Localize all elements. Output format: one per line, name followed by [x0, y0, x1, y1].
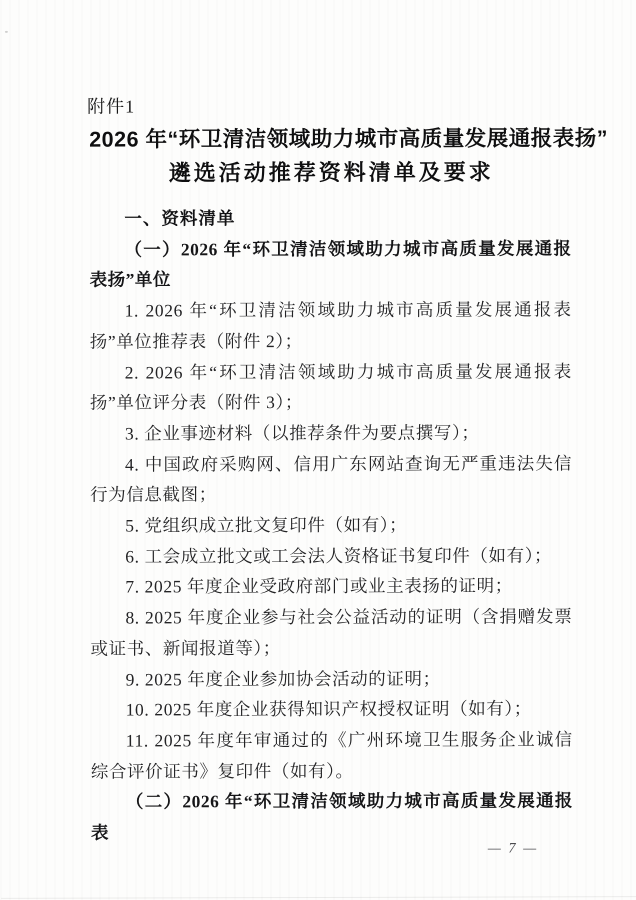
list-item-11: 11. 2025 年度年审通过的《广州环境卫生服务企业诚信综合评价证书》复印件（… — [91, 724, 573, 787]
list-item-7: 7. 2025 年度企业受政府部门或业主表扬的证明； — [90, 571, 572, 603]
list-item-4: 4. 中国政府采购网、信用广东网站查询无严重违法失信行为信息截图； — [90, 448, 572, 511]
document-title: 2026 年“环卫清洁领域助力城市高质量发展通报表扬” 遴选活动推荐资料清单及要… — [89, 121, 573, 190]
scan-speckle — [5, 31, 8, 33]
section-heading-materials-list: 一、资料清单 — [89, 202, 571, 234]
list-item-9: 9. 2025 年度企业参加协会活动的证明； — [91, 663, 573, 695]
list-item-10: 10. 2025 年度企业获得知识产权授权证明（如有）； — [91, 694, 573, 726]
list-item-6: 6. 工会成立批文或工会法人资格证书复印件（如有）； — [90, 540, 572, 572]
scanned-document: 附件1 2026 年“环卫清洁领域助力城市高质量发展通报表扬” 遴选活动推荐资料… — [0, 0, 636, 900]
list-item-3: 3. 企业事迹材料（以推荐条件为要点撰写）； — [90, 417, 572, 449]
document-body: 一、资料清单 （一）2026 年“环卫清洁领域助力城市高质量发展通报表扬”单位 … — [89, 202, 573, 848]
list-item-8: 8. 2025 年度企业参与社会公益活动的证明（含捐赠发票或证书、新闻报道等）； — [90, 601, 572, 664]
subsection-1-heading: （一）2026 年“环卫清洁领域助力城市高质量发展通报表扬”单位 — [89, 233, 571, 296]
page-number: — 7 — — [453, 840, 573, 857]
document-title-line2: 遴选活动推荐资料清单及要求 — [89, 155, 573, 190]
list-item-5: 5. 党组织成立批文复印件（如有）； — [90, 509, 572, 541]
list-item-1: 1. 2026 年“环卫清洁领域助力城市高质量发展通报表扬”单位推荐表（附件 2… — [90, 294, 572, 357]
subsection-2-heading: （二）2026 年“环卫清洁领域助力城市高质量发展通报表 — [91, 786, 573, 849]
attachment-label: 附件1 — [87, 92, 135, 118]
document-title-line1: 2026 年“环卫清洁领域助力城市高质量发展通报表扬” — [89, 121, 573, 156]
list-item-2: 2. 2026 年“环卫清洁领域助力城市高质量发展通报表扬”单位评分表（附件 3… — [90, 356, 572, 419]
scan-edge-line — [1, 896, 636, 899]
document-page: 附件1 2026 年“环卫清洁领域助力城市高质量发展通报表扬” 遴选活动推荐资料… — [0, 0, 636, 900]
